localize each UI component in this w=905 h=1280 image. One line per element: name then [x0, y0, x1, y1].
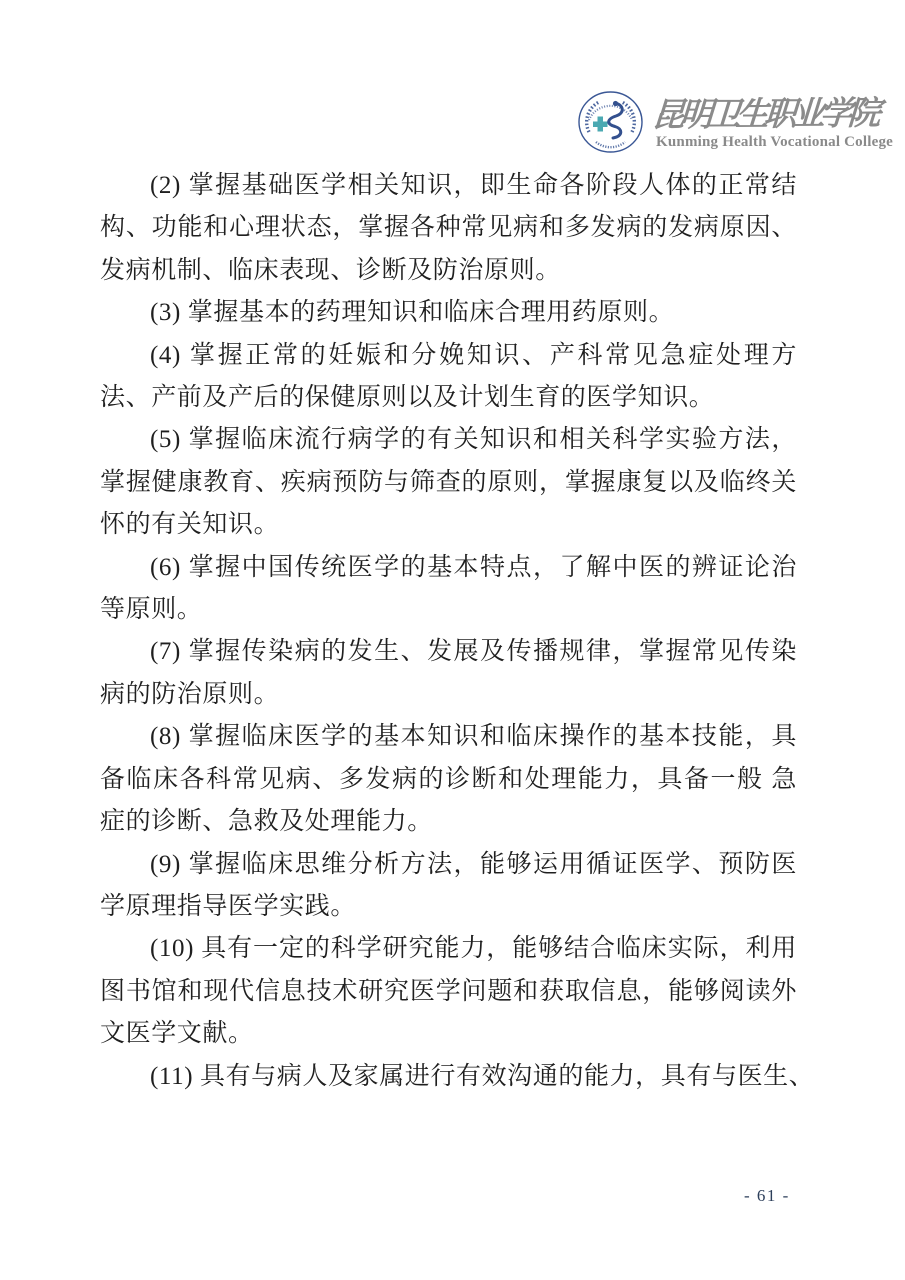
- paragraph-11: (11) 具有与病人及家属进行有效沟通的能力，具有与医生、: [100, 1056, 797, 1098]
- paragraph-8: (8) 掌握临床医学的基本知识和临床操作的基本技能，具备临床各科常见病、多发病的…: [100, 716, 797, 843]
- paragraph-4: (4) 掌握正常的妊娠和分娩知识、产科常见急症处理方法、产前及产后的保健原则以及…: [100, 335, 797, 420]
- paragraph-10: (10) 具有一定的科学研究能力，能够结合临床实际，利用图书馆和现代信息技术研究…: [100, 928, 797, 1055]
- college-name-english: Kunming Health Vocational College: [656, 134, 893, 151]
- paragraph-6: (6) 掌握中国传统医学的基本特点，了解中医的辨证论治等原则。: [100, 547, 797, 632]
- paragraph-7: (7) 掌握传染病的发生、发展及传播规律，掌握常见传染病的防治原则。: [100, 631, 797, 716]
- college-name-calligraphy: 昆明卫生职业学院: [650, 87, 903, 139]
- document-body: (2) 掌握基础医学相关知识，即生命各阶段人体的正常结构、功能和心理状态，掌握各…: [100, 165, 797, 1098]
- college-seal-icon: [577, 90, 644, 154]
- paragraph-3: (3) 掌握基本的药理知识和临床合理用药原则。: [100, 292, 797, 334]
- document-page: 昆明卫生职业学院 Kunming Health Vocational Colle…: [0, 0, 905, 1280]
- page-number: - 61 -: [744, 1186, 790, 1206]
- paragraph-9: (9) 掌握临床思维分析方法，能够运用循证医学、预防医学原理指导医学实践。: [100, 844, 797, 929]
- paragraph-2: (2) 掌握基础医学相关知识，即生命各阶段人体的正常结构、功能和心理状态，掌握各…: [100, 165, 797, 292]
- paragraph-5: (5) 掌握临床流行病学的有关知识和相关科学实验方法，掌握健康教育、疾病预防与筛…: [100, 419, 797, 546]
